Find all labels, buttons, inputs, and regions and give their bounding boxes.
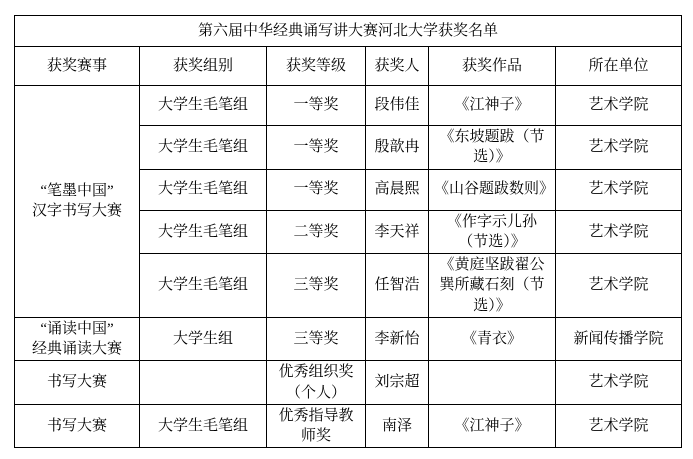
work-cell: 《东坡题跋（节选）》 (429, 126, 556, 170)
work-cell: 《黄庭坚跋翟公巽所藏石刻（节选）》 (429, 254, 556, 318)
work-cell: 《青衣》 (429, 317, 556, 361)
winner-cell: 李天祥 (366, 210, 429, 254)
work-cell: 《江神子》 (429, 404, 556, 448)
table-row: 书写大赛 大学生毛笔组 优秀指导教师奖 南泽 《江神子》 艺术学院 (15, 404, 682, 448)
level-cell: 二等奖 (267, 210, 366, 254)
work-cell (429, 361, 556, 405)
event-cell-writing-1: 书写大赛 (15, 361, 140, 405)
group-cell: 大学生毛笔组 (140, 169, 267, 210)
group-cell: 大学生毛笔组 (140, 254, 267, 318)
table-title: 第六届中华经典诵写讲大赛河北大学获奖名单 (15, 16, 682, 47)
unit-cell: 艺术学院 (556, 254, 682, 318)
title-row: 第六届中华经典诵写讲大赛河北大学获奖名单 (15, 16, 682, 47)
work-cell: 《作字示儿孙（节选）》 (429, 210, 556, 254)
page: 第六届中华经典诵写讲大赛河北大学获奖名单 获奖赛事 获奖组别 获奖等级 获奖人 … (0, 0, 693, 459)
group-cell: 大学生毛笔组 (140, 126, 267, 170)
group-cell: 大学生毛笔组 (140, 210, 267, 254)
unit-cell: 新闻传播学院 (556, 317, 682, 361)
event-cell-recitation: “诵读中国” 经典诵读大赛 (15, 317, 140, 361)
level-cell: 一等奖 (267, 169, 366, 210)
unit-cell: 艺术学院 (556, 169, 682, 210)
unit-cell: 艺术学院 (556, 361, 682, 405)
winner-cell: 殷歆冉 (366, 126, 429, 170)
group-cell (140, 361, 267, 405)
event-cell-writing-2: 书写大赛 (15, 404, 140, 448)
level-cell: 三等奖 (267, 317, 366, 361)
level-cell: 优秀指导教师奖 (267, 404, 366, 448)
work-cell: 《山谷题跋数则》 (429, 169, 556, 210)
column-header-event: 获奖赛事 (15, 47, 140, 86)
unit-cell: 艺术学院 (556, 126, 682, 170)
winner-cell: 任智浩 (366, 254, 429, 318)
winner-cell: 李新怡 (366, 317, 429, 361)
group-cell: 大学生毛笔组 (140, 404, 267, 448)
column-header-winner: 获奖人 (366, 47, 429, 86)
table-row: “笔墨中国” 汉字书写大赛 大学生毛笔组 一等奖 段伟佳 《江神子》 艺术学院 (15, 86, 682, 126)
winner-cell: 段伟佳 (366, 86, 429, 126)
header-row: 获奖赛事 获奖组别 获奖等级 获奖人 获奖作品 所在单位 (15, 47, 682, 86)
awards-table: 第六届中华经典诵写讲大赛河北大学获奖名单 获奖赛事 获奖组别 获奖等级 获奖人 … (14, 15, 682, 448)
column-header-unit: 所在单位 (556, 47, 682, 86)
level-cell: 三等奖 (267, 254, 366, 318)
table-row: “诵读中国” 经典诵读大赛 大学生组 三等奖 李新怡 《青衣》 新闻传播学院 (15, 317, 682, 361)
winner-cell: 南泽 (366, 404, 429, 448)
event-cell-calligraphy: “笔墨中国” 汉字书写大赛 (15, 86, 140, 318)
column-header-work: 获奖作品 (429, 47, 556, 86)
group-cell: 大学生毛笔组 (140, 86, 267, 126)
table-row: 书写大赛 优秀组织奖（个人） 刘宗超 艺术学院 (15, 361, 682, 405)
unit-cell: 艺术学院 (556, 404, 682, 448)
level-cell: 一等奖 (267, 86, 366, 126)
winner-cell: 高晨熙 (366, 169, 429, 210)
column-header-level: 获奖等级 (267, 47, 366, 86)
unit-cell: 艺术学院 (556, 86, 682, 126)
column-header-group: 获奖组别 (140, 47, 267, 86)
work-cell: 《江神子》 (429, 86, 556, 126)
group-cell: 大学生组 (140, 317, 267, 361)
winner-cell: 刘宗超 (366, 361, 429, 405)
unit-cell: 艺术学院 (556, 210, 682, 254)
level-cell: 一等奖 (267, 126, 366, 170)
level-cell: 优秀组织奖（个人） (267, 361, 366, 405)
